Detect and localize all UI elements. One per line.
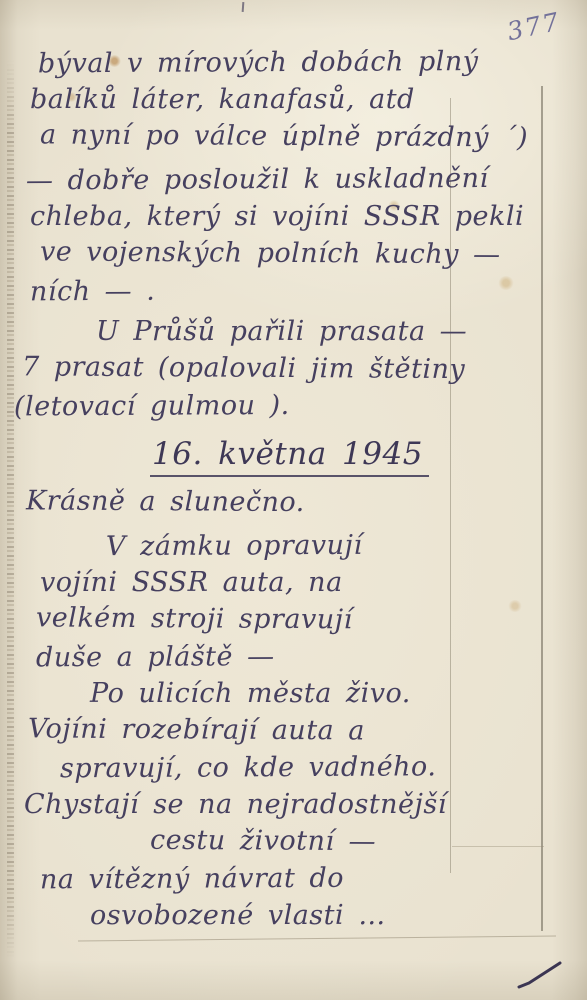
binding-edge: [7, 60, 14, 960]
manuscript-line: býval v mírových dobách plný: [38, 43, 554, 83]
manuscript-line: Po ulicích města živo.: [90, 675, 554, 712]
date-heading-text: 16. května 1945: [150, 436, 429, 477]
date-heading: 16. května 1945: [150, 436, 554, 484]
manuscript-line: a nyní po válce úplně prázdný ´): [40, 116, 554, 156]
manuscript-line: V zámku opravují: [106, 526, 554, 565]
manuscript-line: Krásně a slunečno.: [26, 482, 554, 522]
manuscript-line: Vojíni rozebírají auta a: [28, 710, 554, 750]
manuscript-line: — dobře posloužil k uskladnění: [26, 160, 554, 200]
check-mark-icon: [514, 958, 566, 992]
manuscript-line: cestu životní —: [150, 822, 554, 861]
manuscript-line: vojíni SSSR auta, na: [40, 564, 554, 601]
manuscript-line: velkém stroji spravují: [36, 599, 554, 639]
page-number: 377: [505, 7, 564, 47]
manuscript-line: Chystají se na nejradostnější: [24, 786, 554, 823]
manuscript-line: U Průšů pařili prasata —: [96, 313, 554, 350]
manuscript-line: chleba, který si vojíni SSSR pekli: [30, 198, 554, 235]
manuscript-line: ních — .: [30, 271, 554, 311]
manuscript-line: spravují, co kde vadného.: [60, 748, 554, 788]
manuscript-text: býval v mírových dobách plný balíků láte…: [14, 44, 554, 934]
manuscript-line: ve vojenských polních kuchy —: [40, 233, 554, 273]
manuscript-line: na vítězný návrat do: [40, 859, 554, 899]
manuscript-line: duše a pláště —: [36, 637, 554, 677]
manuscript-line: osvobozené vlasti …: [90, 897, 554, 934]
pasted-sheet-edge-bottom: [78, 935, 556, 941]
manuscript-line: balíků láter, kanafasů, atd: [30, 81, 554, 118]
manuscript-line: (letovací gulmou ).: [14, 386, 554, 426]
ink-speck: [242, 2, 245, 12]
manuscript-line: 7 prasat (opalovali jim štětiny: [22, 348, 554, 388]
scanned-page: 377 býval v mírových dobách plný balíků …: [0, 0, 587, 1000]
